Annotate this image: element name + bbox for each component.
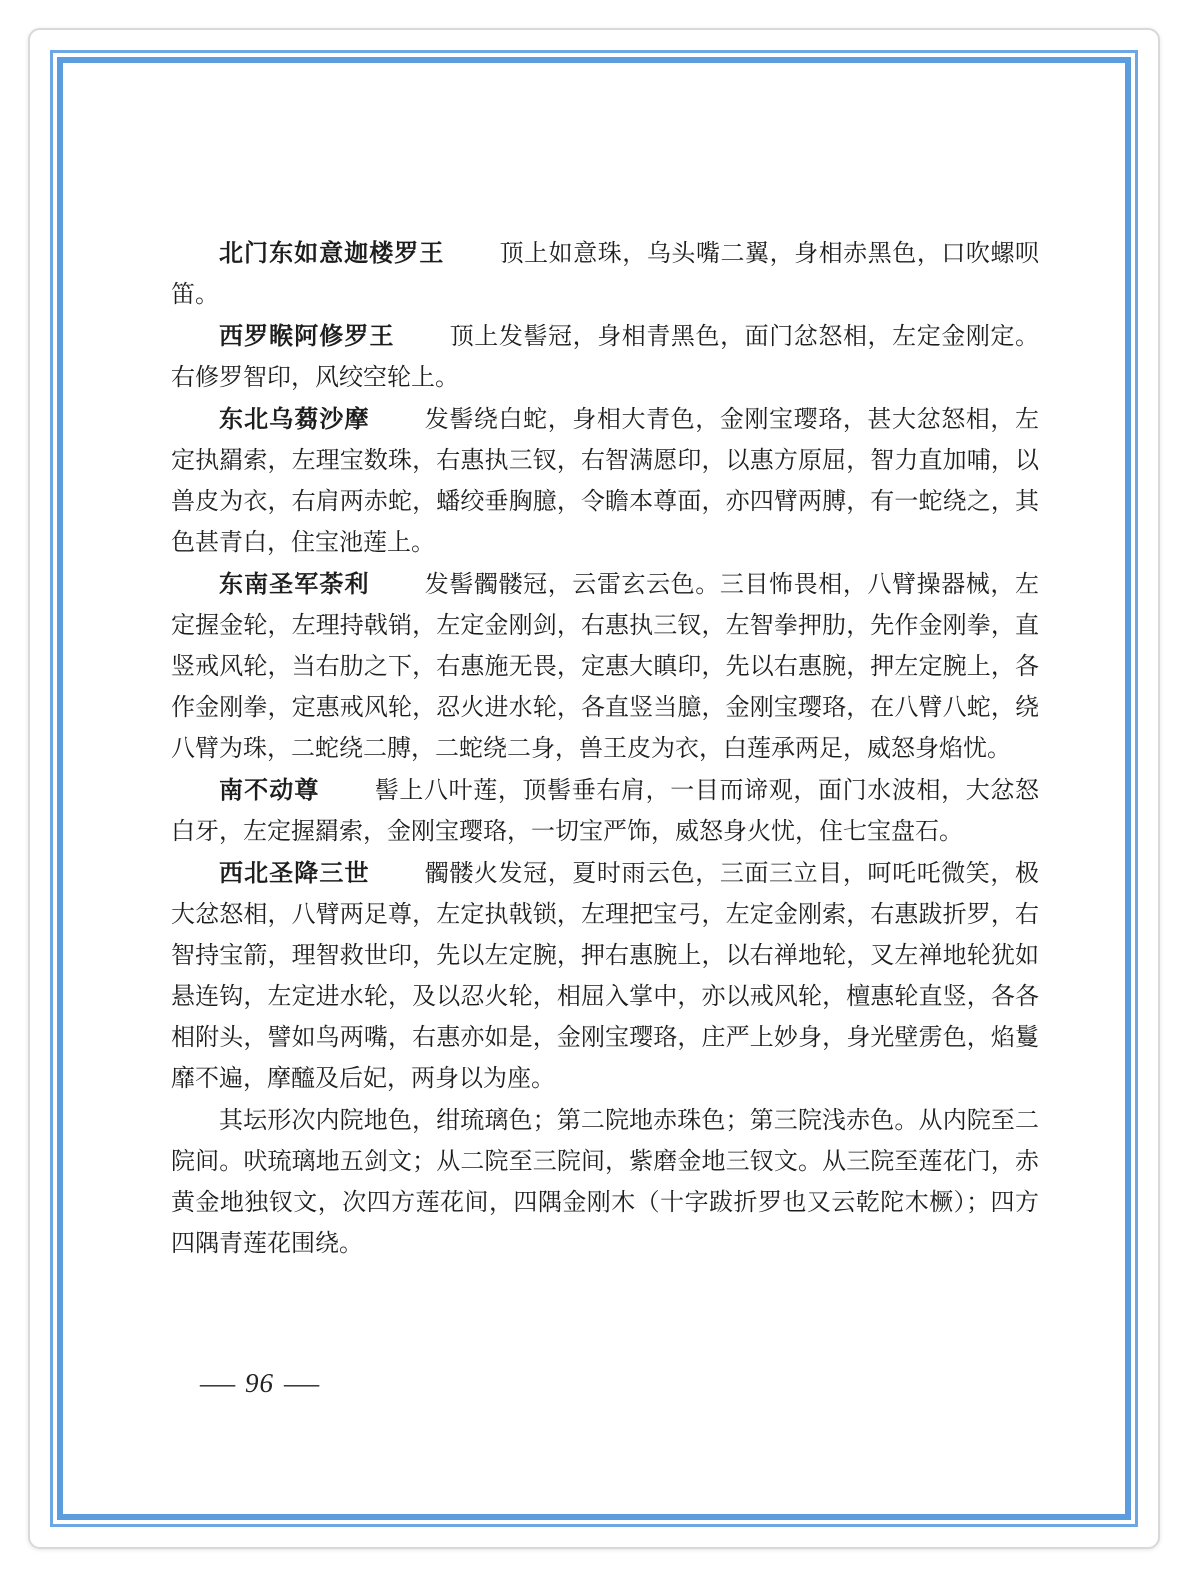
paragraph-asura-king: 西罗睺阿修罗王顶上发髻冠，身相青黑色，面门忿怒相，左定金刚定。右修罗智印，风绞空…	[171, 316, 1039, 399]
paragraph-ucchusma: 东北乌蒭沙摩发髻绕白蛇，身相大青色，金刚宝璎珞，甚大忿怒相，左定执羂索，左理宝数…	[171, 399, 1039, 564]
page-number: —96—	[190, 1368, 329, 1399]
paragraph-body: 发髻髑髅冠，云雷玄云色。三目怖畏相，八臂操器械，左定握金轮，左理持戟销，左定金刚…	[171, 572, 1039, 762]
paragraph-body: 其坛形次内院地色，绀琉璃色；第二院地赤珠色；第三院浅赤色。从内院至二院间。吠琉璃…	[171, 1108, 1039, 1257]
text-block: 北门东如意迦楼罗王顶上如意珠，乌头嘴二翼，身相赤黑色，口吹螺呗笛。 西罗睺阿修罗…	[171, 233, 1039, 1265]
deity-heading: 南不动尊	[219, 777, 320, 804]
footer-left-dash: —	[200, 1368, 235, 1399]
decorative-frame-inner: 北门东如意迦楼罗王顶上如意珠，乌头嘴二翼，身相赤黑色，口吹螺呗笛。 西罗睺阿修罗…	[57, 57, 1131, 1520]
paragraph-body: 髑髅火发冠，夏时雨云色，三面三立目，呵吒吒微笑，极大忿怒相，八臂两足尊，左定执戟…	[171, 861, 1039, 1092]
paragraph-garuda-king: 北门东如意迦楼罗王顶上如意珠，乌头嘴二翼，身相赤黑色，口吹螺呗笛。	[171, 233, 1039, 316]
page-content: 北门东如意迦楼罗王顶上如意珠，乌头嘴二翼，身相赤黑色，口吹螺呗笛。 西罗睺阿修罗…	[63, 63, 1125, 1514]
paragraph-kundali: 东南圣军荼利发髻髑髅冠，云雷玄云色。三目怖畏相，八臂操器械，左定握金轮，左理持戟…	[171, 564, 1039, 770]
footer-page-number: 96	[245, 1368, 274, 1398]
deity-heading: 东南圣军荼利	[219, 571, 370, 598]
decorative-frame-outer: 北门东如意迦楼罗王顶上如意珠，乌头嘴二翼，身相赤黑色，口吹螺呗笛。 西罗睺阿修罗…	[50, 50, 1138, 1527]
deity-heading: 东北乌蒭沙摩	[219, 406, 370, 433]
paragraph-acala: 南不动尊髻上八叶莲，顶髻垂右肩，一目而谛观，面门水波相，大忿怒白牙，左定握羂索，…	[171, 770, 1039, 853]
page-card: 北门东如意迦楼罗王顶上如意珠，乌头嘴二翼，身相赤黑色，口吹螺呗笛。 西罗睺阿修罗…	[28, 28, 1160, 1549]
deity-heading: 西北圣降三世	[219, 860, 370, 887]
footer-right-dash: —	[284, 1368, 319, 1399]
paragraph-trailokyavijaya: 西北圣降三世髑髅火发冠，夏时雨云色，三面三立目，呵吒吒微笑，极大忿怒相，八臂两足…	[171, 853, 1039, 1100]
paragraph-mandala-description: 其坛形次内院地色，绀琉璃色；第二院地赤珠色；第三院浅赤色。从内院至二院间。吠琉璃…	[171, 1100, 1039, 1265]
deity-heading: 西罗睺阿修罗王	[219, 323, 395, 350]
deity-heading: 北门东如意迦楼罗王	[219, 240, 444, 267]
book-page: 北门东如意迦楼罗王顶上如意珠，乌头嘴二翼，身相赤黑色，口吹螺呗笛。 西罗睺阿修罗…	[0, 0, 1188, 1577]
